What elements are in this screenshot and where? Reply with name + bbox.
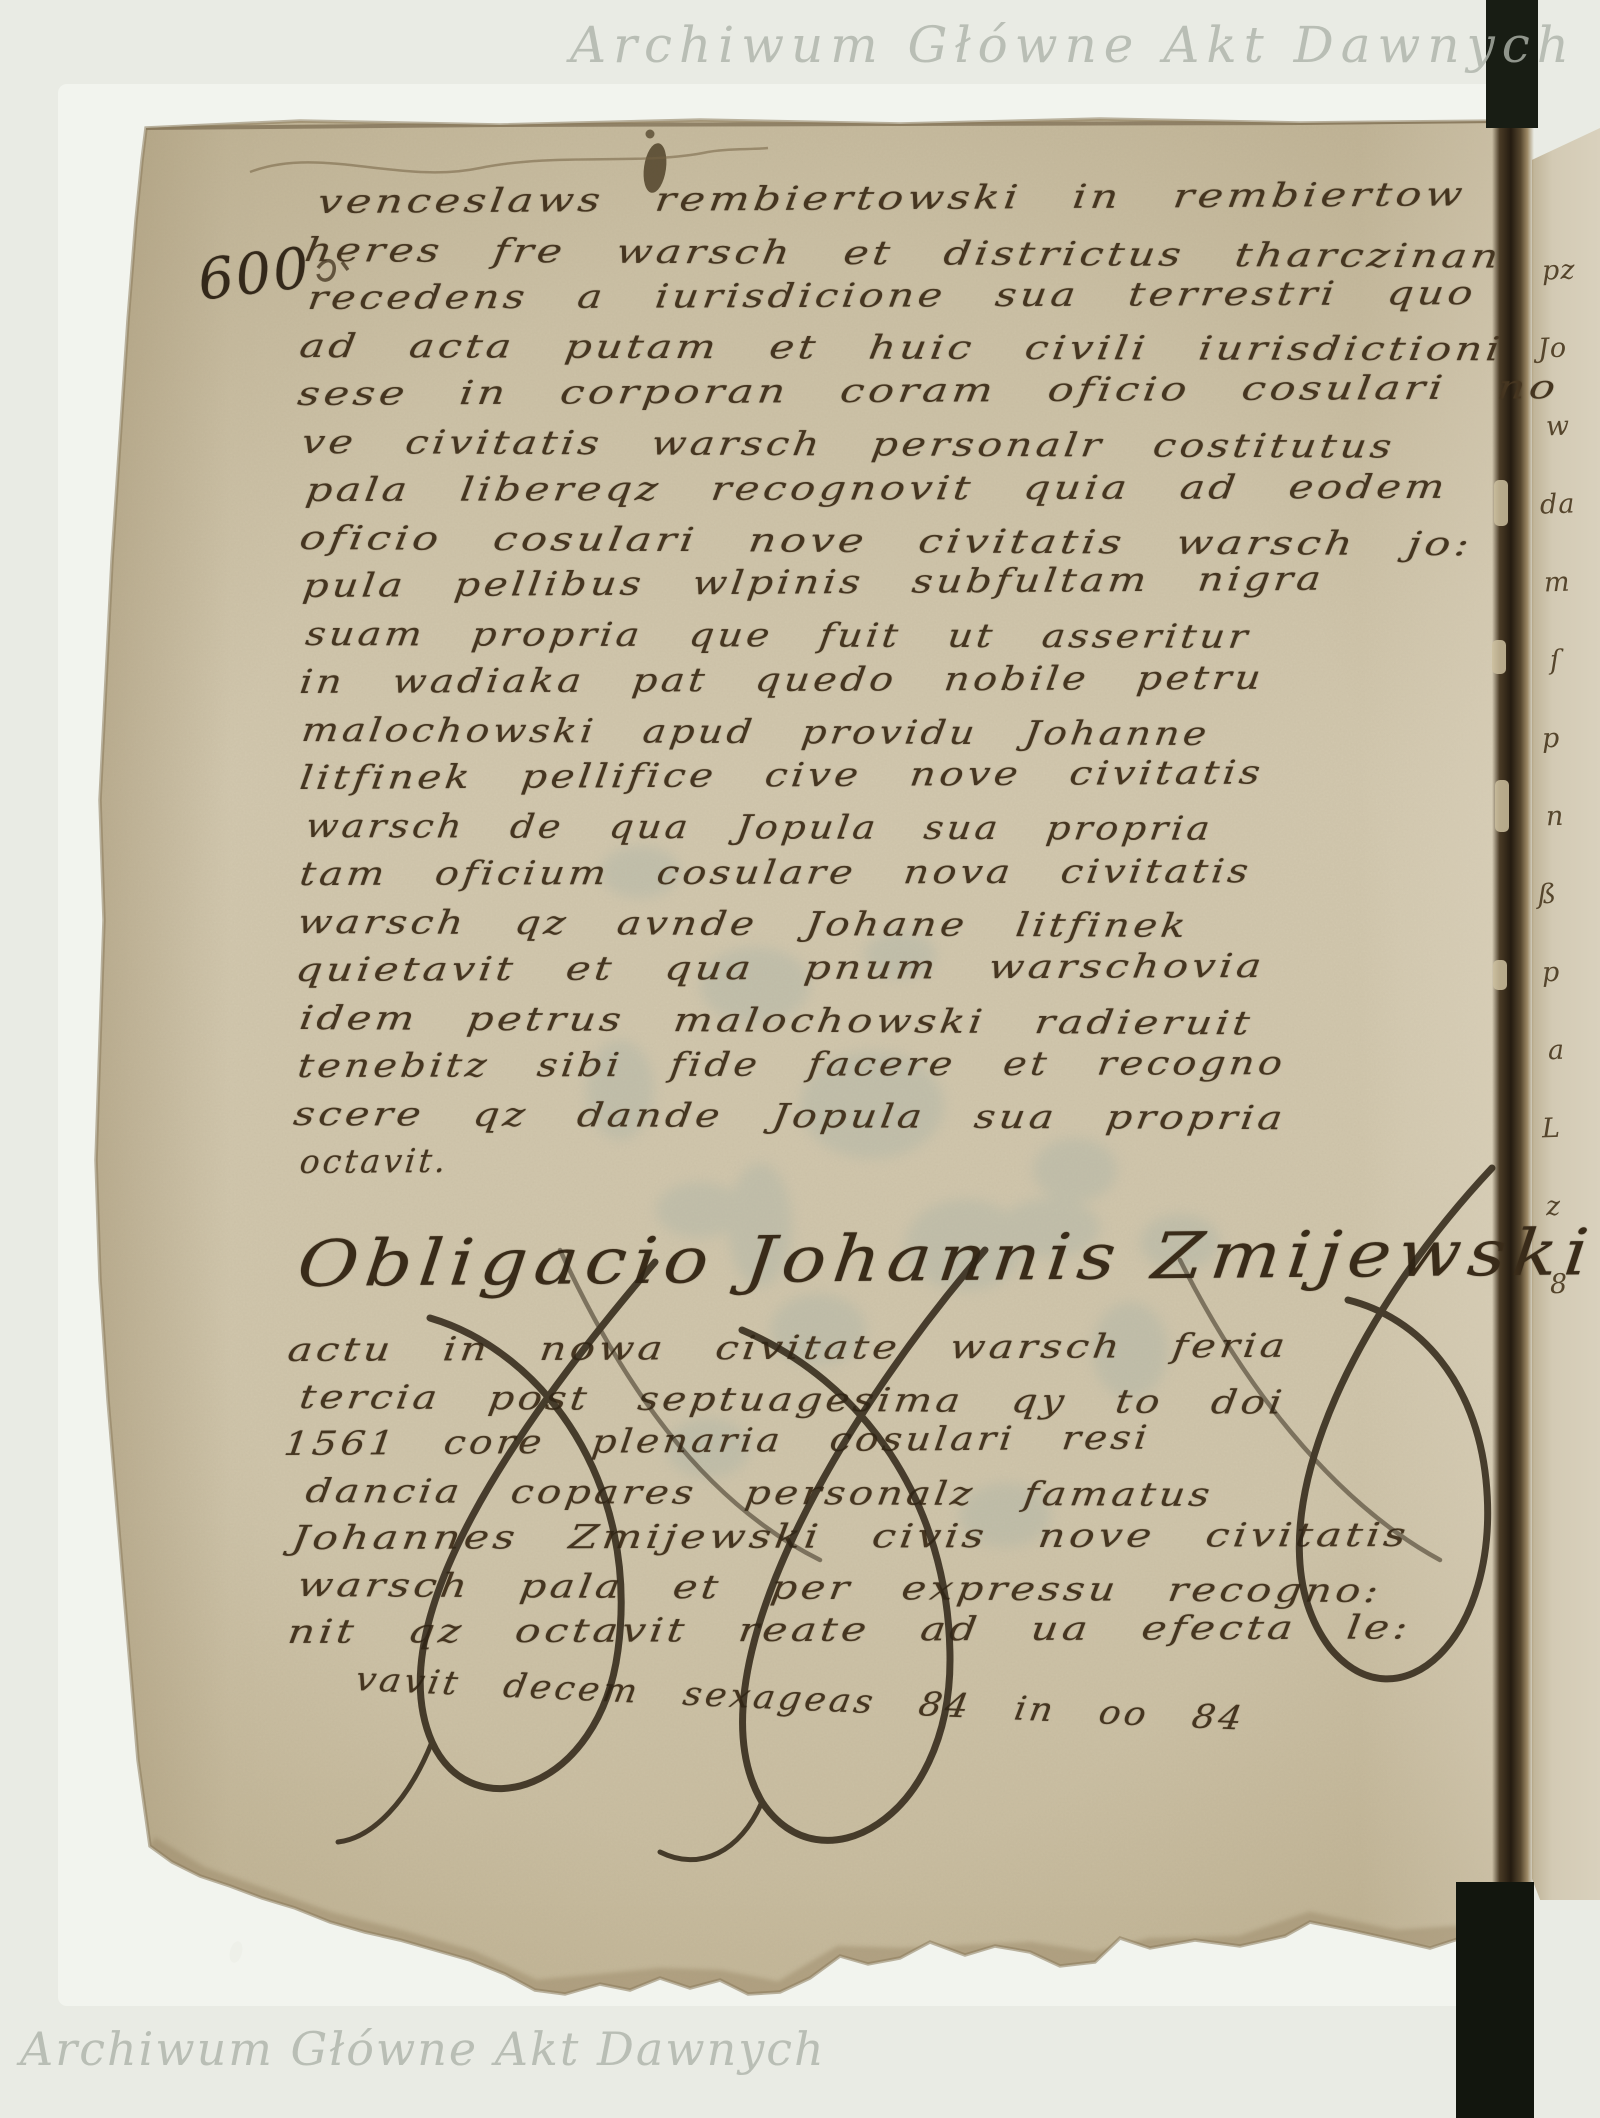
manuscript-line: ad acta putam et huic civili iurisdictio… (297, 326, 1506, 368)
manuscript-line: oficio cosulari nove civitatis warsch jo… (297, 518, 1476, 563)
handwriting-layer: 600 venceslaws rembiertowski in rembiert… (0, 0, 1600, 2118)
manuscript-line: actu in nowa civitate warsch feria (286, 1326, 1291, 1369)
manuscript-line: quietavit et qua pnum warschovia (294, 946, 1268, 989)
manuscript-line: warsch de qua Jopula sua propria (304, 806, 1216, 848)
archive-scan: pzJowdamſpnßpaLz8 600 venceslaws rembier… (0, 0, 1600, 2118)
archive-watermark-bottom: Archiwum Główne Akt Dawnych (20, 2022, 826, 2076)
manuscript-line: idem petrus malochowski radieruit (297, 998, 1256, 1042)
manuscript-line: ve civitatis warsch personalr costitutus (299, 422, 1397, 466)
manuscript-line: tercia post septuagesima qy to doi (297, 1377, 1288, 1422)
manuscript-line: nit qz octavit reate ad ua efecta le: (286, 1607, 1414, 1651)
archive-watermark-top: Archiwum Główne Akt Dawnych (570, 16, 1576, 74)
manuscript-line: tenebitz sibi fide facere et recogno (296, 1043, 1289, 1085)
manuscript-line: tam oficium cosulare nova civitatis (298, 851, 1255, 893)
manuscript-line: dancia copares personalz famatus (303, 1471, 1215, 1514)
manuscript-line: malochowski apud providu Johanne (299, 710, 1212, 753)
manuscript-line: venceslaws rembiertowski in rembiertow (316, 174, 1469, 221)
manuscript-line: Johannes Zmijewski civis nove civitatis (289, 1515, 1411, 1557)
folio-number: 600 (194, 235, 314, 313)
manuscript-line: recedens a iurisdicione sua terrestri qu… (306, 273, 1479, 317)
manuscript-line: heres fre warsch et districtus tharczina… (302, 230, 1505, 276)
manuscript-line: litfinek pellifice cive nove civitatis (298, 752, 1266, 797)
manuscript-line: suam propria que fuit ut asseritur (304, 614, 1254, 656)
manuscript-line: warsch pala et per expressu recogno: (295, 1565, 1384, 1610)
manuscript-line: sese in corporan coram oficio cosulari n… (296, 367, 1562, 413)
manuscript-line: pula pellibus wlpinis subfultam nigra (301, 559, 1327, 605)
manuscript-line: octavit. (298, 1141, 450, 1181)
manuscript-line: vavit decem sexageas 84 in oo 84 (353, 1659, 1248, 1738)
manuscript-line: pala libereqz recognovit quia ad eodem (304, 467, 1451, 509)
manuscript-line: scere qz dande Jopula sua propria (291, 1094, 1288, 1137)
manuscript-line: in wadiaka pat quedo nobile petru (298, 658, 1267, 701)
entry2-heading: Obligacio Johannis Zmijewski (294, 1216, 1599, 1302)
manuscript-line: warsch qz avnde Johane litfinek (295, 902, 1191, 945)
manuscript-line: 1561 core plenaria cosulari resi (282, 1418, 1153, 1463)
